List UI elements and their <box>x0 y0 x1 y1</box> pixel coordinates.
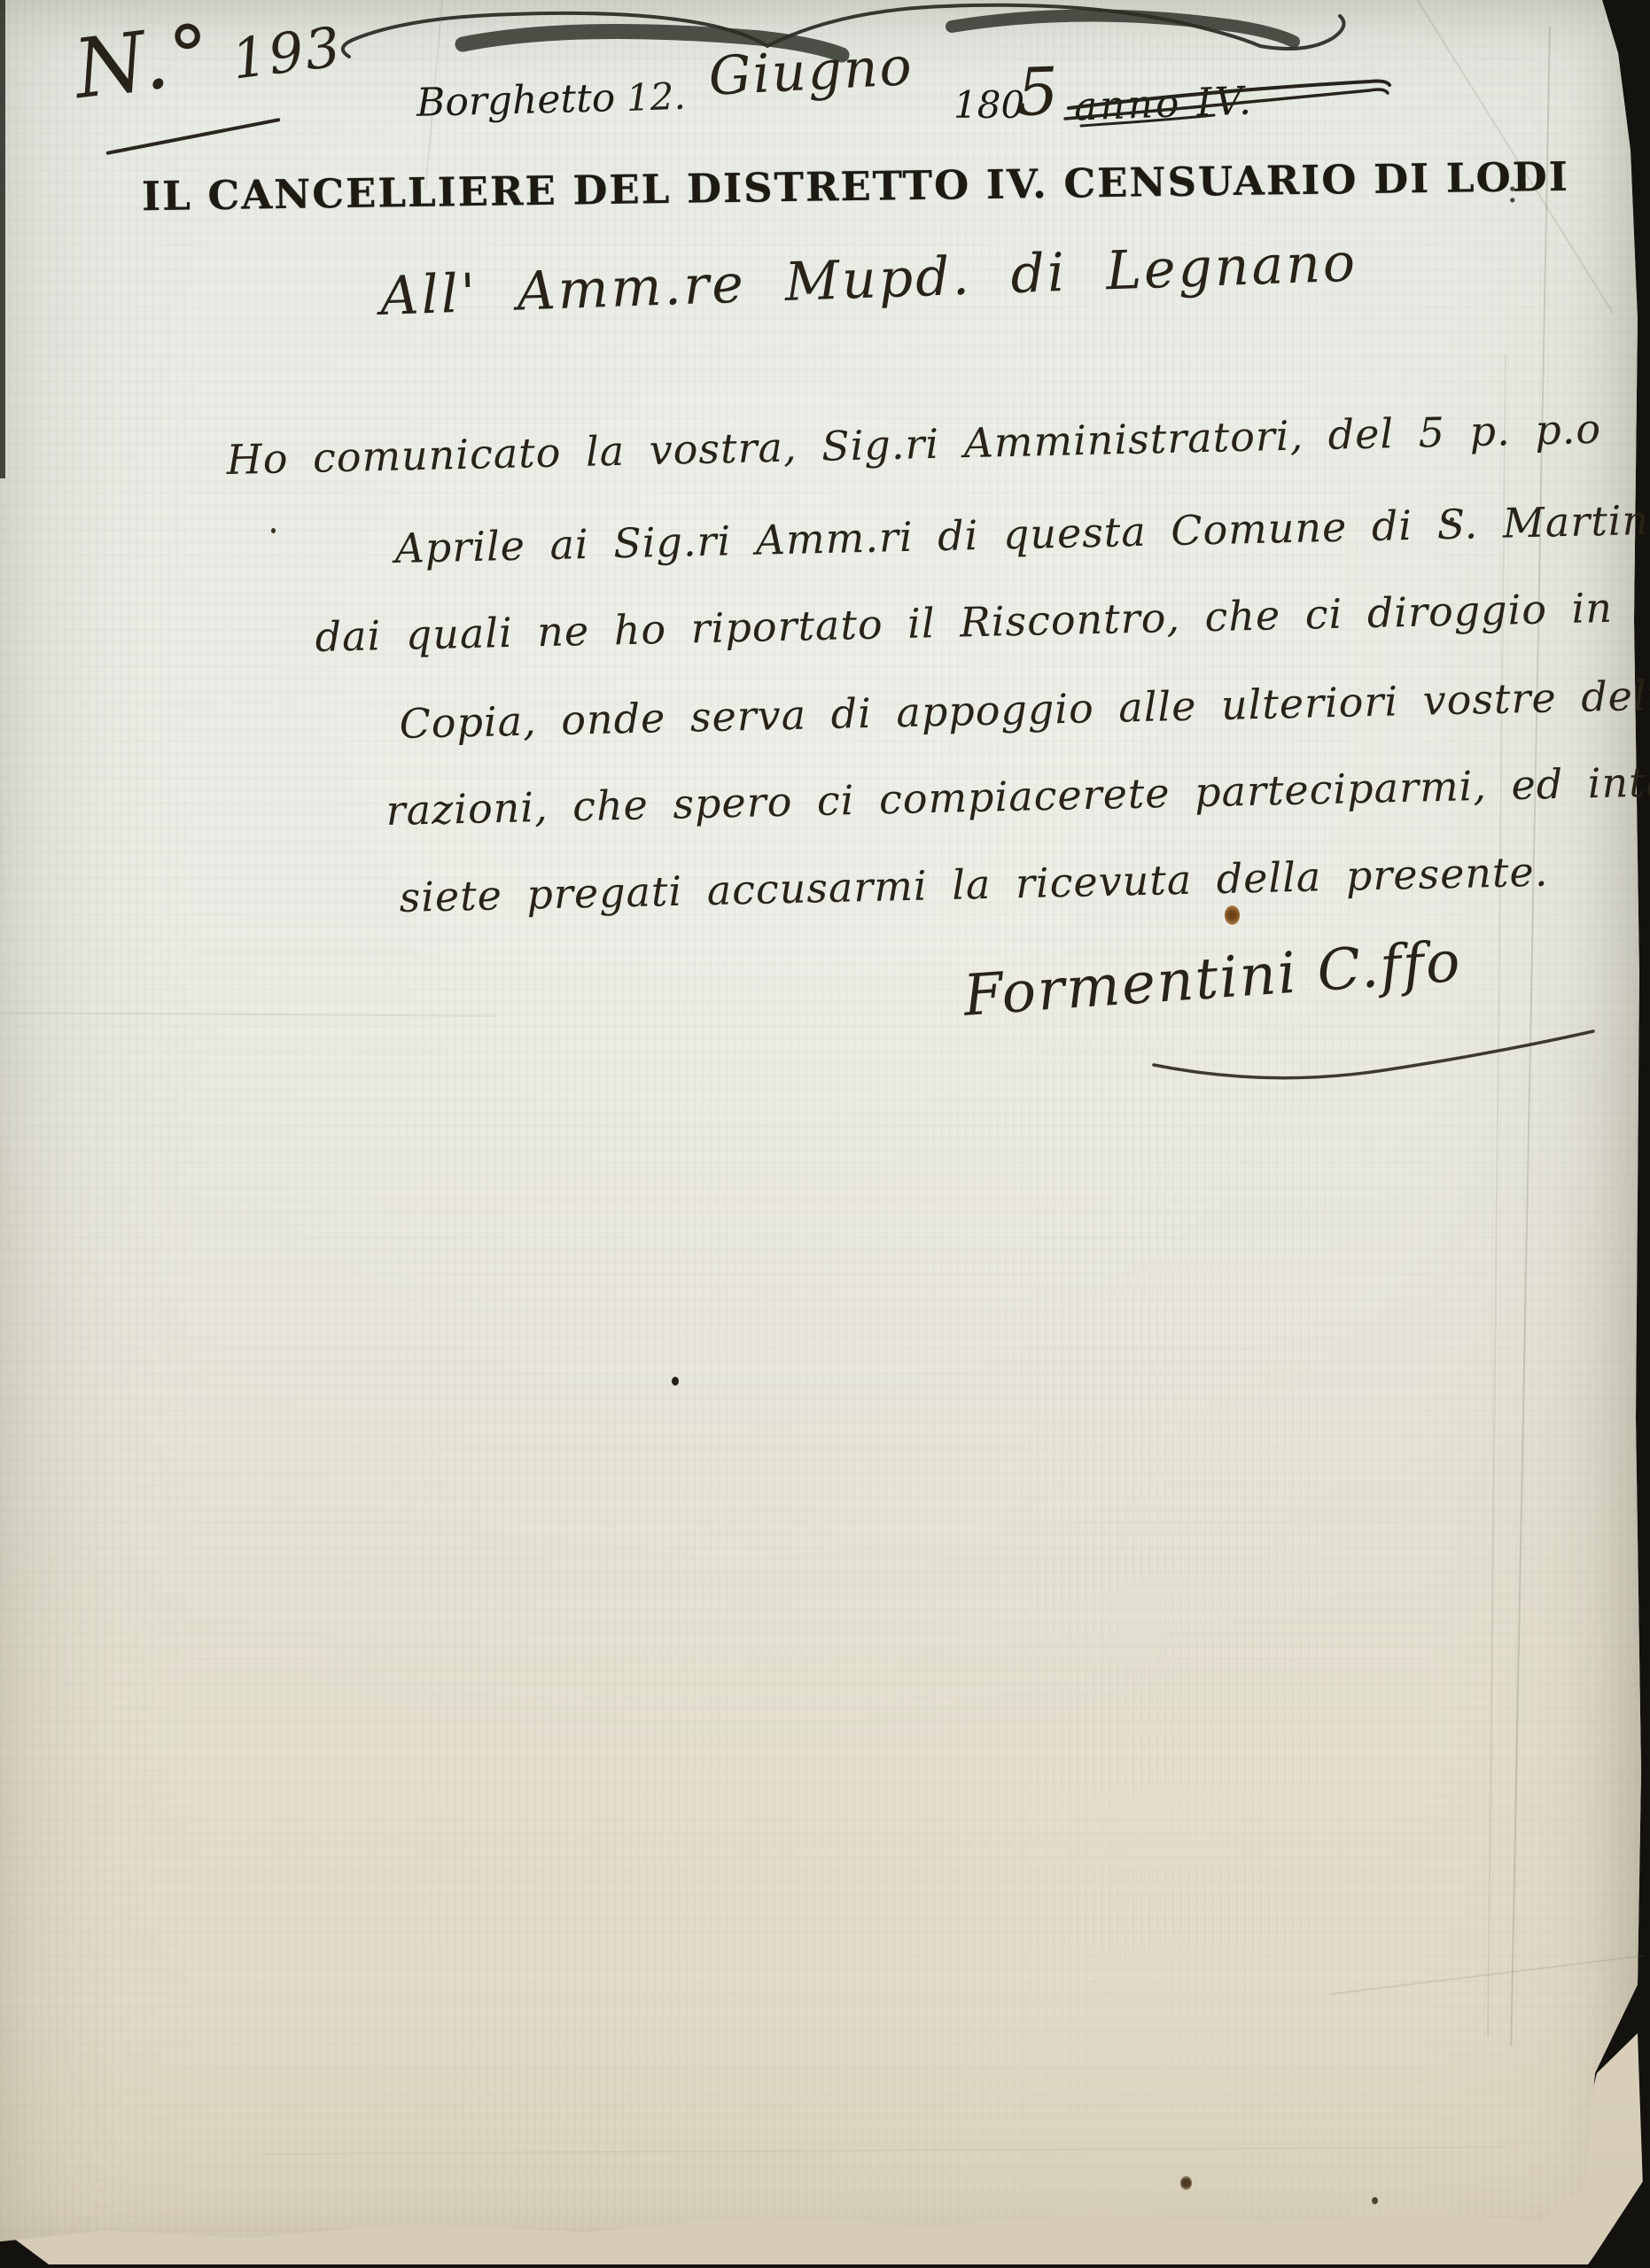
ink-speck <box>1372 2197 1378 2204</box>
background-edge-left <box>0 0 5 478</box>
dateline-place: Borghetto <box>416 75 616 126</box>
ink-speck <box>271 528 276 533</box>
paper-sheet <box>0 0 1650 2268</box>
doc-number-n: N.° <box>69 6 218 117</box>
manuscript-photo: N.° 193 Borghetto 12. Giugno 180 5 anno … <box>0 0 1650 2268</box>
ink-stain <box>1180 2176 1192 2190</box>
ink-speck <box>672 1377 679 1386</box>
header-colon: : <box>1506 170 1518 211</box>
doc-number-value: 193 <box>229 14 346 92</box>
signature-flourish <box>1143 1010 1604 1090</box>
ink-stain <box>1225 905 1240 925</box>
strikethrough-flourish <box>1035 51 1389 131</box>
dateline-year-prefix: 180 <box>953 83 1024 127</box>
dateline-day: 12. <box>626 74 686 120</box>
dateline-month: Giugno <box>707 35 915 108</box>
